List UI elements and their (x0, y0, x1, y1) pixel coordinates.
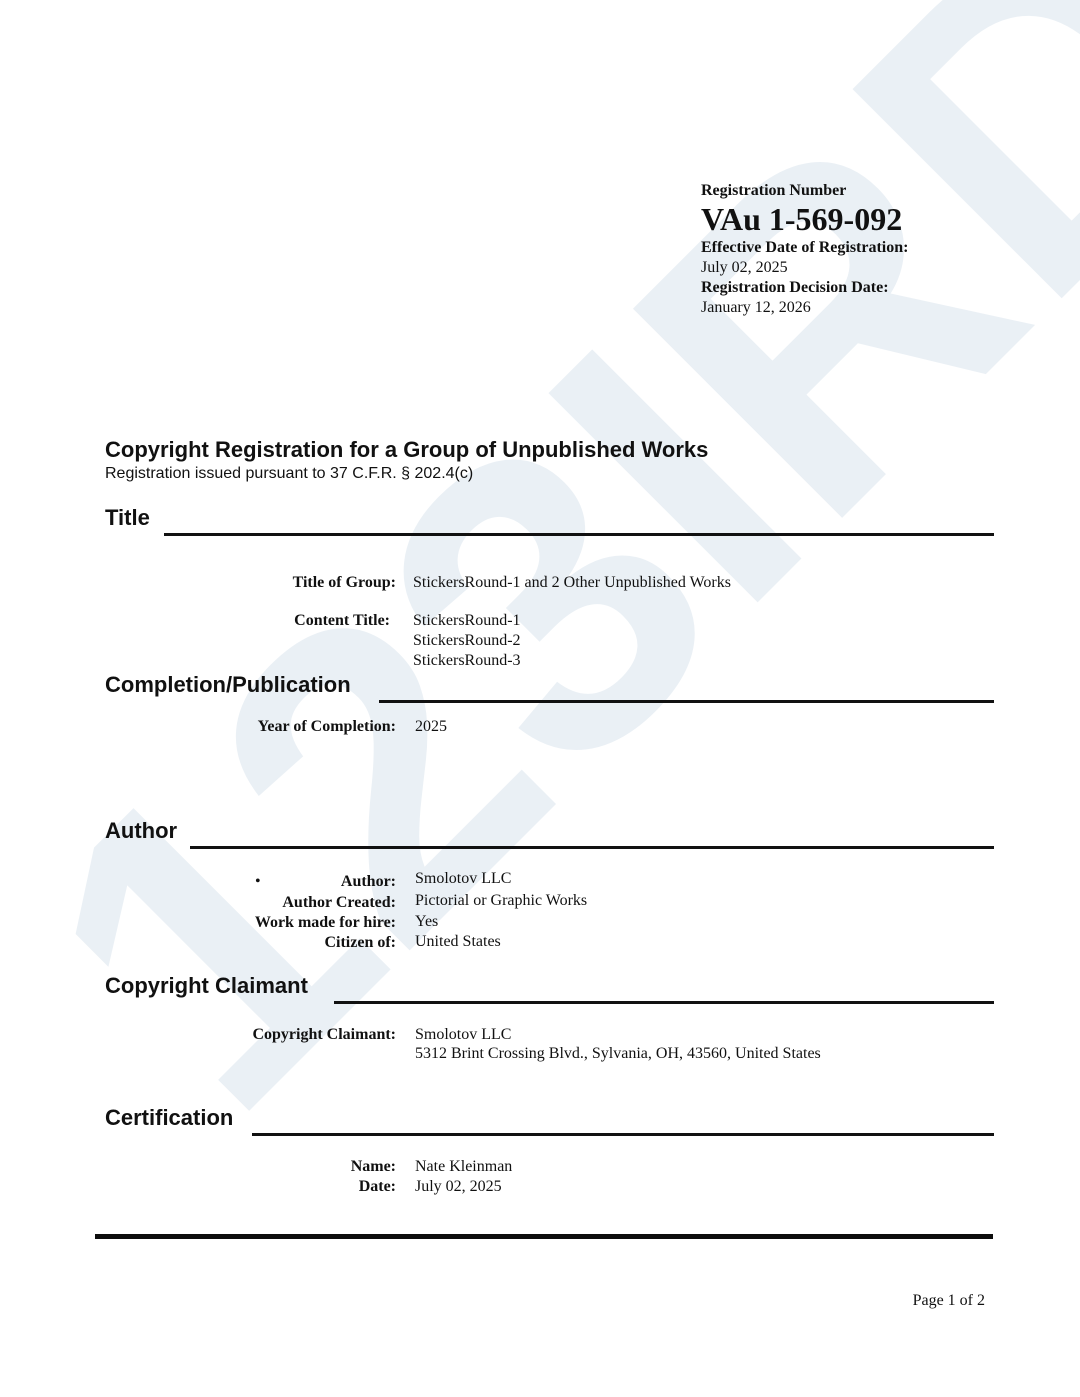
field-claimant-address: 5312 Brint Crossing Blvd., Sylvania, OH,… (0, 1045, 1000, 1065)
section-divider (334, 1001, 994, 1004)
field-label: Author Created: (282, 894, 396, 912)
bullet-icon: • (255, 873, 261, 891)
field-label: Title of Group: (293, 574, 396, 592)
field-value: Yes (415, 913, 438, 931)
svg-text:123IRD: 123IRD (0, 0, 1080, 1195)
field-title-of-group: Title of Group: StickersRound-1 and 2 Ot… (0, 574, 1000, 594)
section-claimant: Copyright Claimant (105, 973, 994, 999)
field-value: Pictorial or Graphic Works (415, 892, 587, 910)
field-author: • Author: Smolotov LLC (0, 873, 1000, 893)
field-value: 5312 Brint Crossing Blvd., Sylvania, OH,… (415, 1045, 821, 1063)
field-value: 2025 (415, 718, 447, 736)
document-title: Copyright Registration for a Group of Un… (105, 437, 708, 463)
section-heading: Completion/Publication (105, 672, 351, 698)
field-label: Date: (359, 1178, 396, 1196)
section-divider (252, 1133, 994, 1136)
field-year-of-completion: Year of Completion: 2025 (0, 718, 1000, 738)
registration-block: Registration Number VAu 1-569-092 Effect… (701, 181, 908, 318)
field-date: Date: July 02, 2025 (0, 1178, 1000, 1198)
field-name: Name: Nate Kleinman (0, 1158, 1000, 1178)
section-heading: Certification (105, 1105, 233, 1131)
section-divider (379, 700, 994, 703)
field-content-title: Content Title: StickersRound-1 (0, 612, 1000, 632)
decision-date-label: Registration Decision Date: (701, 278, 908, 298)
field-value: July 02, 2025 (415, 1178, 502, 1196)
section-heading: Author (105, 818, 177, 844)
field-value: StickersRound-1 and 2 Other Unpublished … (413, 574, 731, 592)
field-citizen-of: Citizen of: United States (0, 934, 1000, 954)
field-value: Smolotov LLC (415, 1026, 511, 1044)
section-author: Author (105, 818, 994, 844)
field-value: StickersRound-2 (413, 632, 521, 650)
decision-date: January 12, 2026 (701, 298, 908, 318)
section-heading: Copyright Claimant (105, 973, 308, 999)
field-content-title-2: StickersRound-2 (0, 632, 1000, 652)
field-value: StickersRound-1 (413, 612, 521, 630)
section-divider (190, 846, 994, 849)
field-value: Nate Kleinman (415, 1158, 512, 1176)
field-author-created: Author Created: Pictorial or Graphic Wor… (0, 894, 1000, 914)
section-completion: Completion/Publication (105, 672, 994, 698)
document-subtitle: Registration issued pursuant to 37 C.F.R… (105, 464, 473, 484)
field-value: Smolotov LLC (415, 870, 511, 888)
field-label: Citizen of: (324, 934, 396, 952)
field-label: Year of Completion: (258, 718, 396, 736)
field-value: StickersRound-3 (413, 652, 521, 670)
section-title: Title (105, 505, 994, 531)
effective-date-label: Effective Date of Registration: (701, 238, 908, 258)
field-copyright-claimant: Copyright Claimant: Smolotov LLC (0, 1026, 1000, 1046)
registration-number: VAu 1-569-092 (701, 201, 908, 237)
field-work-for-hire: Work made for hire: Yes (0, 914, 1000, 934)
field-label: Copyright Claimant: (252, 1026, 396, 1044)
registration-number-label: Registration Number (701, 181, 908, 201)
field-label: Name: (351, 1158, 396, 1176)
footer-divider (95, 1234, 993, 1239)
field-label: Author: (341, 873, 396, 891)
field-value: United States (415, 933, 501, 951)
field-label: Content Title: (294, 612, 390, 630)
field-label: Work made for hire: (255, 914, 396, 932)
section-certification: Certification (105, 1105, 994, 1131)
section-divider (164, 533, 994, 536)
page-number: Page 1 of 2 (913, 1292, 985, 1310)
effective-date: July 02, 2025 (701, 258, 908, 278)
field-content-title-3: StickersRound-3 (0, 652, 1000, 672)
section-heading: Title (105, 505, 150, 531)
